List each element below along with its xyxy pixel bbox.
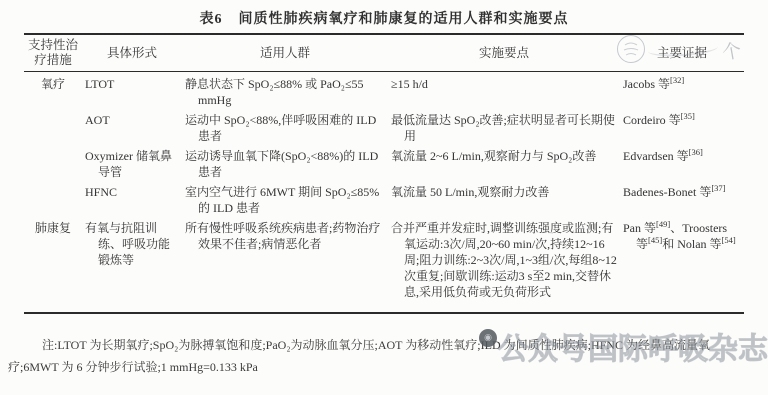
- reference-superscript: [35]: [681, 111, 695, 121]
- cell-form: AOT: [82, 108, 182, 144]
- cell-category: 氧疗: [24, 72, 82, 109]
- cell-population: 室内空气进行 6MWT 期间 SpO₂≤85% 的 ILD 患者: [182, 180, 388, 216]
- data-table: 支持性治疗措施 具体形式 适用人群 实施要点 主要证据 氧疗LTOT静息状态下 …: [24, 33, 744, 314]
- cell-implementation: 最低流量达 SpO₂改善;症状明显者可长期使用: [388, 108, 620, 144]
- col-header-support-measure: 支持性治疗措施: [24, 34, 82, 72]
- table-row: Oxymizer 储氧鼻导管运动诱导血氧下降(SpO₂<88%)的 ILD 患者…: [24, 144, 744, 180]
- table-body: 氧疗LTOT静息状态下 SpO₂≤88% 或 PaO₂≤55 mmHg≥15 h…: [24, 72, 744, 314]
- cell-implementation: ≥15 h/d: [388, 72, 620, 109]
- reference-superscript: [37]: [711, 183, 725, 193]
- reference-superscript: [32]: [670, 75, 684, 85]
- cell-population: 运动诱导血氧下降(SpO₂<88%)的 ILD 患者: [182, 144, 388, 180]
- reference-superscript: [54]: [722, 235, 736, 245]
- col-header-evidence: 主要证据: [620, 34, 744, 72]
- cell-form: LTOT: [82, 72, 182, 109]
- cell-evidence: Pan 等[49]、Troosters 等[45]和 Nolan 等[54]: [620, 216, 744, 313]
- cell-form: HFNC: [82, 180, 182, 216]
- cell-category: [24, 180, 82, 216]
- cell-evidence: Edvardsen 等[36]: [620, 144, 744, 180]
- page: 表6间质性肺疾病氧疗和肺康复的适用人群和实施要点 支持性治疗措施 具体形式 适用…: [0, 0, 768, 395]
- table-row: HFNC室内空气进行 6MWT 期间 SpO₂≤85% 的 ILD 患者氧流量 …: [24, 180, 744, 216]
- cell-population: 所有慢性呼吸系统疾病患者;药物治疗效果不佳者;病情恶化者: [182, 216, 388, 313]
- table-caption: 间质性肺疾病氧疗和肺康复的适用人群和实施要点: [239, 12, 569, 27]
- cell-evidence: Badenes-Bonet 等[37]: [620, 180, 744, 216]
- footnote: 注:LTOT 为长期氧疗;SpO₂为脉搏氧饱和度;PaO₂为动脉血氧分压;AOT…: [8, 334, 756, 378]
- cell-population: 静息状态下 SpO₂≤88% 或 PaO₂≤55 mmHg: [182, 72, 388, 109]
- table-row: 氧疗LTOT静息状态下 SpO₂≤88% 或 PaO₂≤55 mmHg≥15 h…: [24, 72, 744, 109]
- cell-population: 运动中 SpO₂<88%,伴呼吸困难的 ILD 患者: [182, 108, 388, 144]
- reference-superscript: [36]: [689, 147, 703, 157]
- table-title: 表6间质性肺疾病氧疗和肺康复的适用人群和实施要点: [0, 8, 768, 28]
- col-header-implementation: 实施要点: [388, 34, 620, 72]
- cell-implementation: 氧流量 2~6 L/min,观察耐力与 SpO₂改善: [388, 144, 620, 180]
- cell-category: [24, 144, 82, 180]
- reference-superscript: [49]: [656, 219, 670, 229]
- table-number: 表6: [200, 12, 223, 27]
- cell-category: 肺康复: [24, 216, 82, 313]
- table-row: AOT运动中 SpO₂<88%,伴呼吸困难的 ILD 患者最低流量达 SpO₂改…: [24, 108, 744, 144]
- col-header-population: 适用人群: [182, 34, 388, 72]
- cell-evidence: Jacobs 等[32]: [620, 72, 744, 109]
- cell-category: [24, 108, 82, 144]
- header-row: 支持性治疗措施 具体形式 适用人群 实施要点 主要证据: [24, 34, 744, 72]
- cell-form: 有氧与抗阻训练、呼吸功能锻炼等: [82, 216, 182, 313]
- table-row: 肺康复有氧与抗阻训练、呼吸功能锻炼等所有慢性呼吸系统疾病患者;药物治疗效果不佳者…: [24, 216, 744, 313]
- col-header-specific-form: 具体形式: [82, 34, 182, 72]
- cell-form: Oxymizer 储氧鼻导管: [82, 144, 182, 180]
- reference-superscript: [45]: [648, 235, 662, 245]
- cell-implementation: 合并严重并发症时,调整训练强度或监测;有氧运动:3次/周,20~60 min/次…: [388, 216, 620, 313]
- cell-implementation: 氧流量 50 L/min,观察耐力改善: [388, 180, 620, 216]
- cell-evidence: Cordeiro 等[35]: [620, 108, 744, 144]
